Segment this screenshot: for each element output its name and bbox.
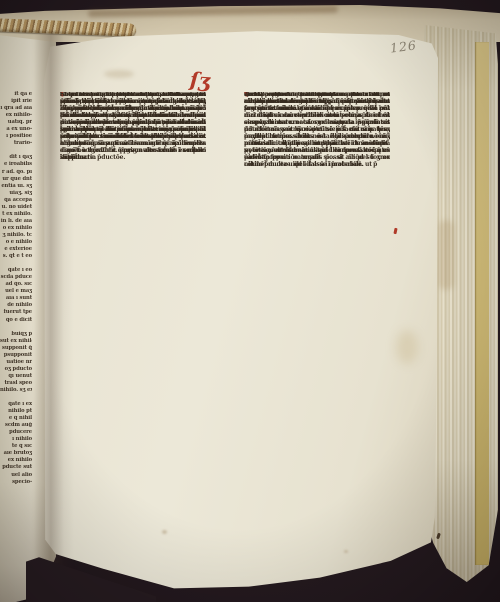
fore-edge-stain	[438, 220, 454, 290]
facing-page-text-fragments: it̄ q̄a ēip̄it̄ īrieī q̄rā ad aīāex nihi…	[0, 91, 32, 531]
page-stain	[104, 70, 134, 78]
text-column-left: aliquo. ¶Cōtra. Si ex aliquo p̄ducte sūt…	[60, 92, 206, 473]
margin-stain	[396, 330, 418, 364]
red-marginal-mark	[393, 228, 397, 234]
foxing-spot	[162, 530, 167, 534]
foxing-spot	[344, 550, 348, 553]
manuscript-page: 126 ſʒ aliquo. ¶Cōtra. Si ex aliquo p̄du…	[44, 30, 438, 590]
page-number: 126	[389, 37, 417, 55]
photo-of-open-incunabulum: it̄ q̄a ēip̄it̄ īrieī q̄rā ad aīāex nihi…	[0, 0, 500, 602]
text-column-right: creati. ergo īmediate p̄ducti a deo. ī i…	[244, 92, 390, 483]
rubricated-signature-mark: ſʒ	[189, 67, 211, 92]
vellum-cover-edge	[475, 42, 489, 566]
gutter-shadow	[34, 34, 74, 596]
